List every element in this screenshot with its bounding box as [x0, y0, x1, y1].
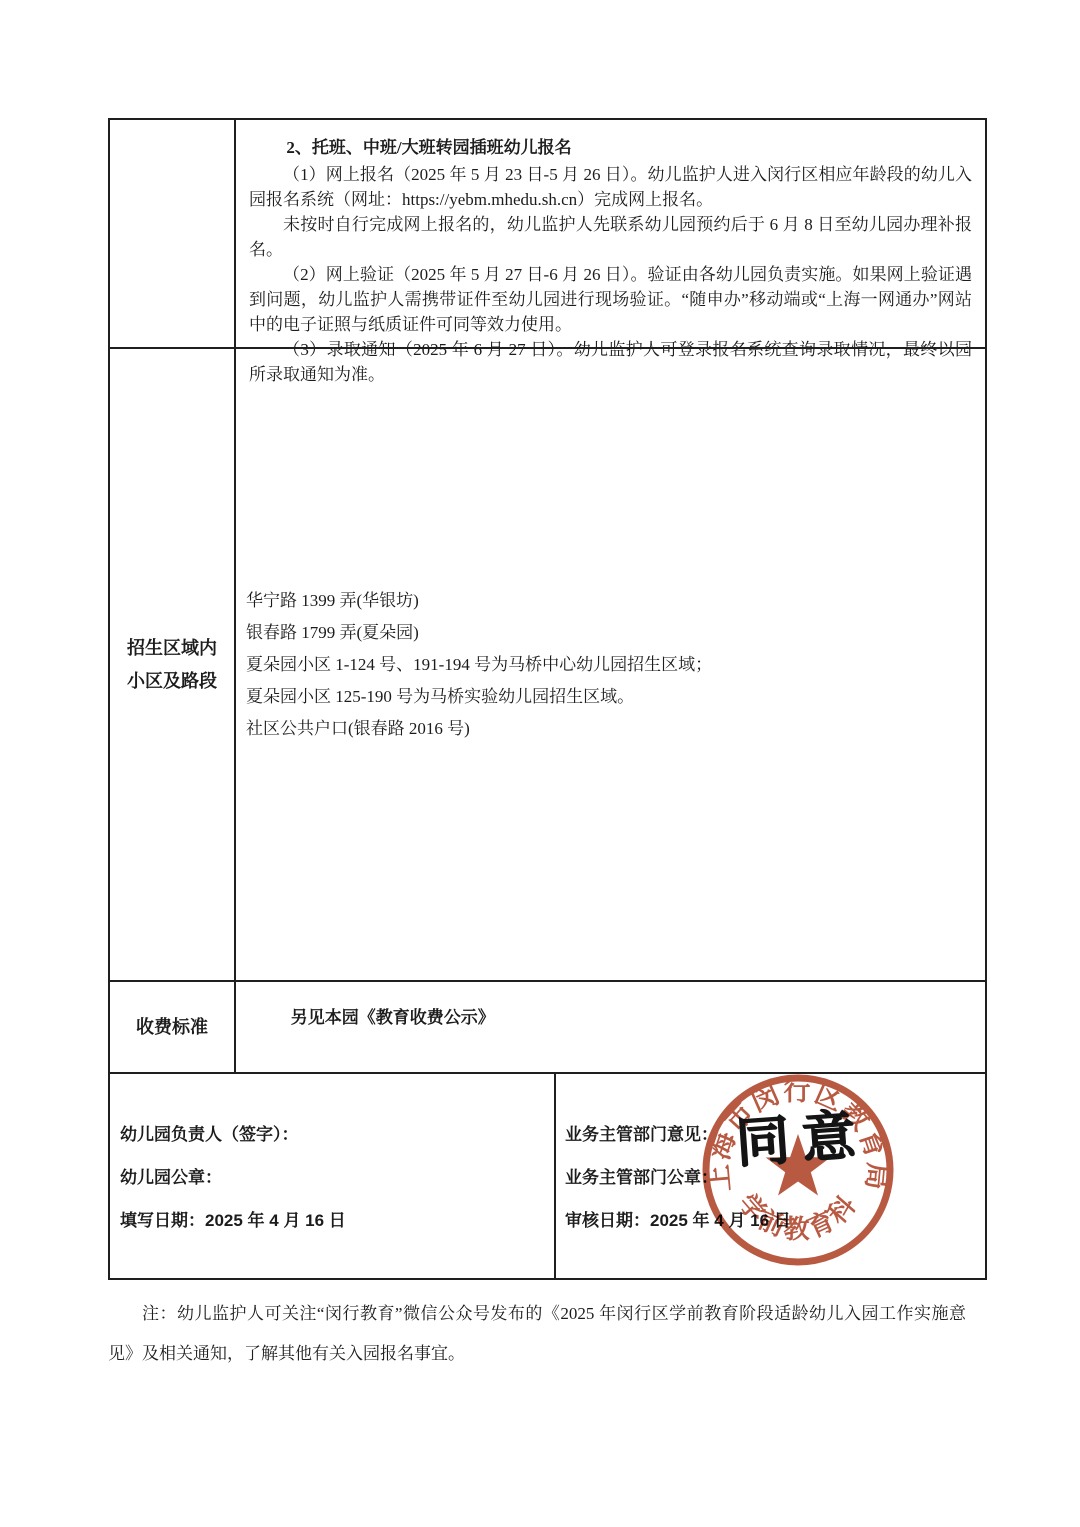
kindergarten-seal-label: 幼儿园公章： [120, 1156, 554, 1199]
address-line: 夏朵园小区 125-190 号为马桥实验幼儿园招生区域。 [246, 681, 977, 713]
enrollment-area-label-line2: 小区及路段 [110, 665, 234, 698]
footer-note: 注：幼儿监护人可关注“闵行教育”微信公众号发布的《2025 年闵行区学前教育阶段… [108, 1294, 966, 1374]
enrollment-area-label-line1: 招生区域内 [110, 632, 234, 665]
dept-seal-label: 业务主管部门公章： [565, 1156, 985, 1199]
fill-date-label: 填写日期：2025 年 4 月 16 日 [120, 1199, 554, 1242]
signature-row: 幼儿园负责人（签字）： 幼儿园公章： 填写日期：2025 年 4 月 16 日 … [110, 1074, 985, 1278]
registration-paragraph: （2）网上验证（2025 年 5 月 27 日-6 月 26 日）。验证由各幼儿… [249, 262, 972, 337]
department-signature-cell: 业务主管部门意见： 业务主管部门公章： 审核日期：2025 年 4 月 16 日 [556, 1074, 985, 1278]
address-line: 华宁路 1399 弄(华银坊) [246, 585, 977, 617]
address-line: 社区公共户口(银春路 2016 号) [246, 713, 977, 745]
kindergarten-signature-cell: 幼儿园负责人（签字）： 幼儿园公章： 填写日期：2025 年 4 月 16 日 [110, 1074, 556, 1278]
registration-content-cell: 2、托班、中班/大班转园插班幼儿报名 （1）网上报名（2025 年 5 月 23… [236, 120, 985, 347]
enrollment-area-row: 招生区域内 小区及路段 华宁路 1399 弄(华银坊) 银春路 1799 弄(夏… [110, 349, 985, 982]
fee-row: 收费标准 另见本园《教育收费公示》 [110, 982, 985, 1074]
kindergarten-principal-signature-label: 幼儿园负责人（签字）： [120, 1113, 554, 1156]
enrollment-area-content: 华宁路 1399 弄(华银坊) 银春路 1799 弄(夏朵园) 夏朵园小区 1-… [236, 349, 985, 980]
review-date-label: 审核日期：2025 年 4 月 16 日 [565, 1199, 985, 1242]
dept-opinion-label: 业务主管部门意见： [565, 1113, 985, 1156]
registration-label-cell-empty [110, 120, 236, 347]
document-page: 2、托班、中班/大班转园插班幼儿报名 （1）网上报名（2025 年 5 月 23… [0, 0, 1080, 1527]
fee-label: 收费标准 [110, 982, 236, 1072]
fee-content: 另见本园《教育收费公示》 [236, 982, 985, 1072]
registration-row: 2、托班、中班/大班转园插班幼儿报名 （1）网上报名（2025 年 5 月 23… [110, 120, 985, 349]
enrollment-area-label: 招生区域内 小区及路段 [110, 349, 236, 980]
registration-paragraph: （1）网上报名（2025 年 5 月 23 日-5 月 26 日）。幼儿监护人进… [249, 162, 972, 212]
address-line: 夏朵园小区 1-124 号、191-194 号为马桥中心幼儿园招生区域； [246, 649, 977, 681]
registration-heading: 2、托班、中班/大班转园插班幼儿报名 [249, 135, 972, 160]
enrollment-form-table: 2、托班、中班/大班转园插班幼儿报名 （1）网上报名（2025 年 5 月 23… [108, 118, 987, 1280]
registration-paragraph: 未按时自行完成网上报名的，幼儿监护人先联系幼儿园预约后于 6 月 8 日至幼儿园… [249, 212, 972, 262]
address-line: 银春路 1799 弄(夏朵园) [246, 617, 977, 649]
